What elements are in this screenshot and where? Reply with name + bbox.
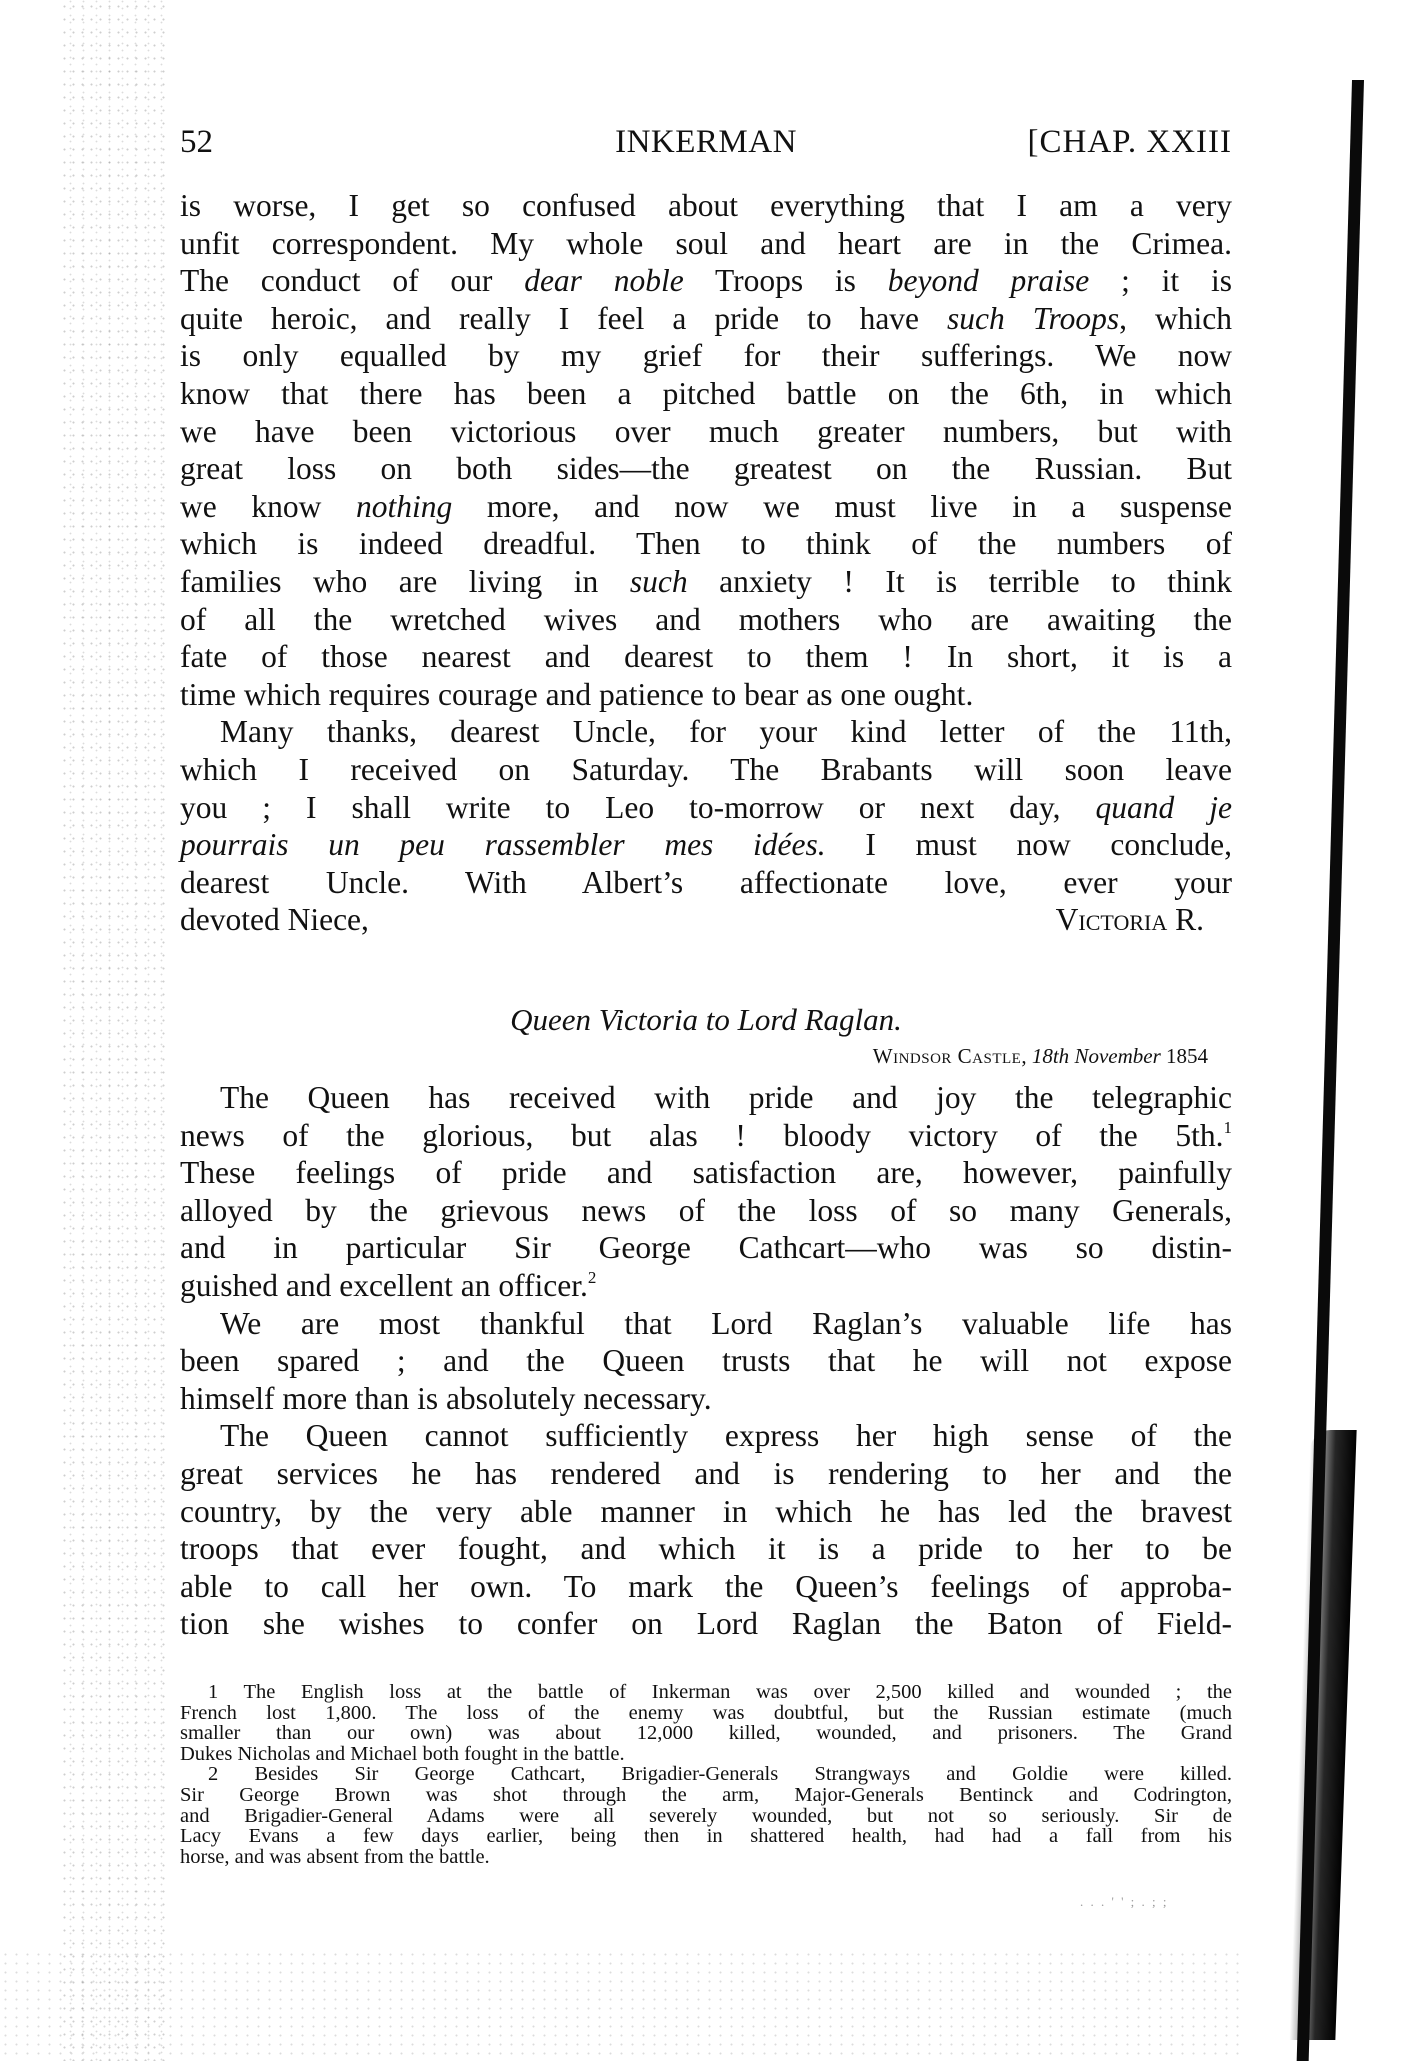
signature: Victoria R. xyxy=(1056,901,1232,939)
text-line: horse, and was absent from the battle. xyxy=(180,1847,1232,1868)
text-line: great loss on both sides—the greatest on… xyxy=(180,450,1232,488)
running-head: 52 INKERMAN [CHAP. XXIII xyxy=(180,124,1232,160)
closing-line: devoted Niece, Victoria R. xyxy=(180,901,1232,939)
text-line: Dukes Nicholas and Michael both fought i… xyxy=(180,1744,1232,1765)
text-line: country, by the very able manner in whic… xyxy=(180,1493,1232,1531)
text-line: know that there has been a pitched battl… xyxy=(180,375,1232,413)
text-line: and Brigadier-General Adams were all sev… xyxy=(180,1806,1232,1827)
dateline-month: November xyxy=(1074,1044,1160,1068)
text-line: of all the wretched wives and mothers wh… xyxy=(180,601,1232,639)
text-line: we have been victorious over much greate… xyxy=(180,413,1232,451)
letter1-paragraph-1: is worse, I get so confused about everyt… xyxy=(180,187,1232,713)
text-line: alloyed by the grievous news of the loss… xyxy=(180,1192,1232,1230)
scan-artifact: . . . ' ' ; . ; ; xyxy=(1080,1894,1169,1910)
letter1-paragraph-2: Many thanks, dearest Uncle, for your kin… xyxy=(180,713,1232,901)
text-line: dearest Uncle. With Albert’s affectionat… xyxy=(180,864,1232,902)
text-line: French lost 1,800. The loss of the enemy… xyxy=(180,1703,1232,1724)
text-line: unfit correspondent. My whole soul and h… xyxy=(180,225,1232,263)
text-line: Many thanks, dearest Uncle, for your kin… xyxy=(180,713,1232,751)
closing-phrase: devoted Niece, xyxy=(180,901,369,939)
text-line: 1 The English loss at the battle of Inke… xyxy=(180,1682,1232,1703)
dateline-day: 18th xyxy=(1032,1044,1069,1068)
text-line: is only equalled by my grief for their s… xyxy=(180,337,1232,375)
text-line: guished and excellent an officer.2 xyxy=(180,1267,1232,1305)
text-line: The Queen cannot sufficiently express he… xyxy=(180,1417,1232,1455)
footnote-2: 2 Besides Sir George Cathcart, Brigadier… xyxy=(180,1764,1232,1867)
letter-to-uncle-text: is worse, I get so confused about everyt… xyxy=(180,187,1232,939)
text-line: Lacy Evans a few days earlier, being the… xyxy=(180,1826,1232,1847)
dateline-year: 1854 xyxy=(1166,1044,1208,1068)
text-line: is worse, I get so confused about everyt… xyxy=(180,187,1232,225)
text-line: tion she wishes to confer on Lord Raglan… xyxy=(180,1605,1232,1643)
letter2-paragraph-1: The Queen has received with pride and jo… xyxy=(180,1079,1232,1305)
text-line: time which requires courage and patience… xyxy=(180,676,1232,714)
letter2-paragraph-2: We are most thankful that Lord Raglan’s … xyxy=(180,1305,1232,1418)
text-line: smaller than our own) was about 12,000 k… xyxy=(180,1723,1232,1744)
text-line: pourrais un peu rassembler mes idées. I … xyxy=(180,826,1232,864)
text-line: able to call her own. To mark the Queen’… xyxy=(180,1568,1232,1606)
text-line: The conduct of our dear noble Troops is … xyxy=(180,262,1232,300)
text-line: These feelings of pride and satisfaction… xyxy=(180,1154,1232,1192)
text-line: and in particular Sir George Cathcart—wh… xyxy=(180,1229,1232,1267)
text-line: great services he has rendered and is re… xyxy=(180,1455,1232,1493)
text-line: fate of those nearest and dearest to the… xyxy=(180,638,1232,676)
chapter-label: [CHAP. XXIII xyxy=(1028,124,1233,160)
text-line: you ; I shall write to Leo to-morrow or … xyxy=(180,789,1232,827)
text-line: which is indeed dreadful. Then to think … xyxy=(180,525,1232,563)
text-line: 2 Besides Sir George Cathcart, Brigadier… xyxy=(180,1764,1232,1785)
book-page: 52 INKERMAN [CHAP. XXIII is worse, I get… xyxy=(0,0,1409,2061)
text-line: troops that ever fought, and which it is… xyxy=(180,1530,1232,1568)
letter-to-raglan-text: The Queen has received with pride and jo… xyxy=(180,1079,1232,1643)
text-line: families who are living in such anxiety … xyxy=(180,563,1232,601)
letter2-paragraph-3: The Queen cannot sufficiently express he… xyxy=(180,1417,1232,1643)
footnote-ref[interactable]: 2 xyxy=(588,1268,597,1287)
text-line: Sir George Brown was shot through the ar… xyxy=(180,1785,1232,1806)
text-line: himself more than is absolutely necessar… xyxy=(180,1380,1232,1418)
text-line: been spared ; and the Queen trusts that … xyxy=(180,1342,1232,1380)
text-line: we know nothing more, and now we must li… xyxy=(180,488,1232,526)
scan-bottom-noise xyxy=(0,1950,1240,2061)
footnote-ref[interactable]: 1 xyxy=(1224,1118,1233,1137)
letter-heading: Queen Victoria to Lord Raglan. xyxy=(180,1002,1232,1038)
text-line: which I received on Saturday. The Braban… xyxy=(180,751,1232,789)
text-line: We are most thankful that Lord Raglan’s … xyxy=(180,1305,1232,1343)
text-line: The Queen has received with pride and jo… xyxy=(180,1079,1232,1117)
footnote-1: 1 The English loss at the battle of Inke… xyxy=(180,1682,1232,1764)
dateline-place: Windsor Castle xyxy=(873,1044,1022,1068)
dateline: Windsor Castle, 18th November 1854 xyxy=(180,1044,1208,1068)
footnotes: 1 The English loss at the battle of Inke… xyxy=(180,1682,1232,1867)
scan-gutter-noise xyxy=(60,0,170,2061)
text-line: quite heroic, and really I feel a pride … xyxy=(180,300,1232,338)
text-line: news of the glorious, but alas ! bloody … xyxy=(180,1117,1232,1155)
